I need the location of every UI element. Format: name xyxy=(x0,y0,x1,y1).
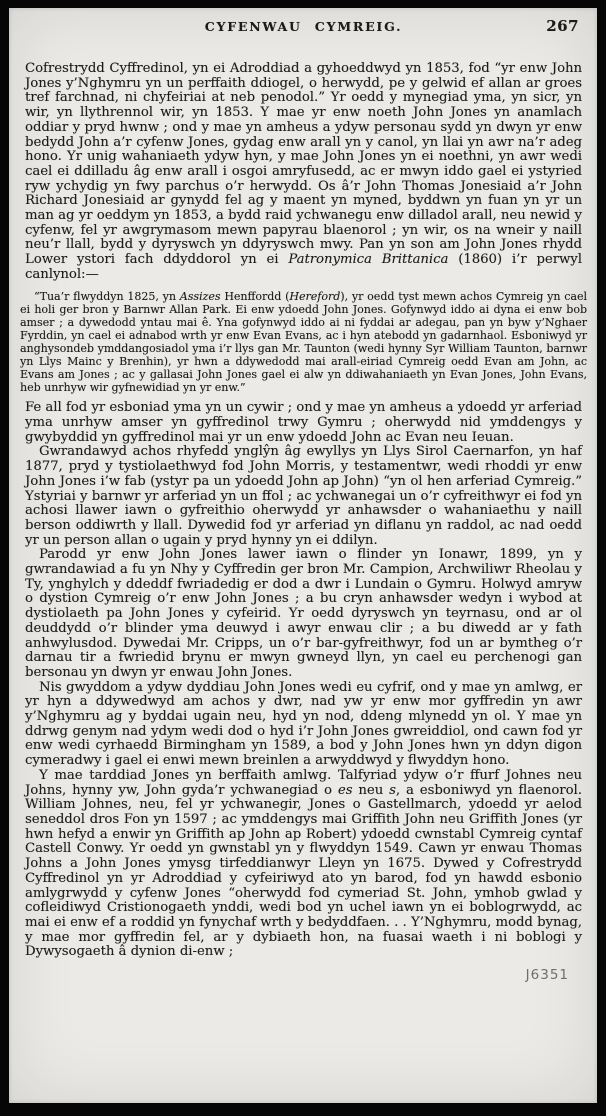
page-number: 267 xyxy=(546,17,579,35)
paragraph-continuation: Cofrestrydd Cyffredinol, yn ei Adroddiad… xyxy=(25,62,582,283)
paragraph-parodd: Parodd yr enw John Jones lawer iawn o fl… xyxy=(25,548,582,680)
page-body: Cofrestrydd Cyffredinol, yn ei Adroddiad… xyxy=(25,62,582,960)
paragraph-fe-all: Fe all fod yr esboniad yma yn un cywir ;… xyxy=(25,401,582,445)
paragraph-gwrandawyd: Gwrandawyd achos rhyfedd ynglŷn âg ewyll… xyxy=(25,445,582,548)
scanned-book-page: CYFENWAU CYMREIG. 267 Cofrestrydd Cyffre… xyxy=(0,0,606,1116)
page-title: CYFENWAU CYMREIG. xyxy=(25,19,582,34)
paragraph-nis-gwyddom: Nis gwyddom a ydyw dyddiau John Jones we… xyxy=(25,681,582,769)
paragraph-quote-lower-story: “Tua’r flwyddyn 1825, yn Assizes Henffor… xyxy=(20,290,587,395)
page: CYFENWAU CYMREIG. 267 Cofrestrydd Cyffre… xyxy=(9,8,597,1103)
catalog-stamp: J6351 xyxy=(25,967,582,983)
running-header: CYFENWAU CYMREIG. 267 xyxy=(25,19,582,36)
paragraph-tarddiad-jones: Y mae tarddiad Jones yn berffaith amlwg.… xyxy=(25,769,582,960)
